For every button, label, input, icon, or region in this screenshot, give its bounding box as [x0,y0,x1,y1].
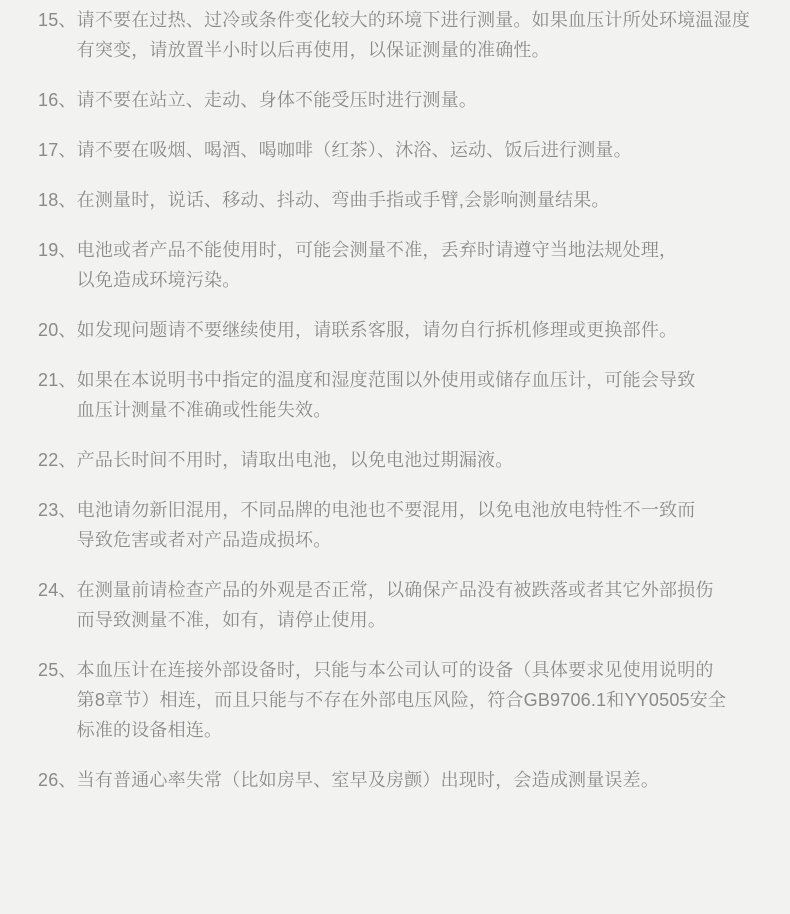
precaution-item: 16、 请不要在站立、走动、身体不能受压时进行测量。 [38,85,750,115]
precaution-item: 23、 电池请勿新旧混用，不同品牌的电池也不要混用，以免电池放电特性不一致而导致… [38,495,750,555]
text-line: 而导致测量不准，如有，请停止使用。 [77,605,750,635]
text-line: 当有普通心率失常（比如房早、室早及房颤）出现时，会造成测量误差。 [77,765,750,795]
text-line: 请不要在过热、过冷或条件变化较大的环境下进行测量。如果血压计所处环境温湿度 [77,5,750,35]
item-text: 当有普通心率失常（比如房早、室早及房颤）出现时，会造成测量误差。 [77,765,750,795]
text-line: 电池或者产品不能使用时，可能会测量不准，丢弃时请遵守当地法规处理， [77,235,750,265]
precaution-item: 20、 如发现问题请不要继续使用，请联系客服，请勿自行拆机修理或更换部件。 [38,315,750,345]
item-number: 23、 [38,495,77,525]
item-text: 电池或者产品不能使用时，可能会测量不准，丢弃时请遵守当地法规处理，以免造成环境污… [77,235,750,295]
text-line: 如发现问题请不要继续使用，请联系客服，请勿自行拆机修理或更换部件。 [77,315,750,345]
text-line: 血压计测量不准确或性能失效。 [77,395,750,425]
item-number: 18、 [38,185,77,215]
item-number: 15、 [38,5,77,35]
item-text: 在测量时，说话、移动、抖动、弯曲手指或手臂,会影响测量结果。 [77,185,750,215]
precaution-item: 19、 电池或者产品不能使用时，可能会测量不准，丢弃时请遵守当地法规处理，以免造… [38,235,750,295]
item-text: 如果在本说明书中指定的温度和湿度范围以外使用或储存血压计，可能会导致血压计测量不… [77,365,750,425]
precaution-item: 18、 在测量时，说话、移动、抖动、弯曲手指或手臂,会影响测量结果。 [38,185,750,215]
item-text: 在测量前请检查产品的外观是否正常，以确保产品没有被跌落或者其它外部损伤而导致测量… [77,575,750,635]
text-line: 标准的设备相连。 [77,715,750,745]
precaution-item: 17、 请不要在吸烟、喝酒、喝咖啡（红茶）、沐浴、运动、饭后进行测量。 [38,135,750,165]
item-number: 16、 [38,85,77,115]
item-number: 19、 [38,235,77,265]
item-number: 25、 [38,655,77,685]
item-text: 请不要在过热、过冷或条件变化较大的环境下进行测量。如果血压计所处环境温湿度有突变… [77,5,750,65]
item-text: 产品长时间不用时，请取出电池，以免电池过期漏液。 [77,445,750,475]
text-line: 电池请勿新旧混用，不同品牌的电池也不要混用，以免电池放电特性不一致而 [77,495,750,525]
item-text: 请不要在吸烟、喝酒、喝咖啡（红茶）、沐浴、运动、饭后进行测量。 [77,135,750,165]
manual-page: 15、 请不要在过热、过冷或条件变化较大的环境下进行测量。如果血压计所处环境温湿… [0,0,790,914]
text-line: 在测量时，说话、移动、抖动、弯曲手指或手臂,会影响测量结果。 [77,185,750,215]
text-line: 产品长时间不用时，请取出电池，以免电池过期漏液。 [77,445,750,475]
precaution-item: 15、 请不要在过热、过冷或条件变化较大的环境下进行测量。如果血压计所处环境温湿… [38,5,750,65]
text-line: 有突变，请放置半小时以后再使用，以保证测量的准确性。 [77,35,750,65]
item-number: 26、 [38,765,77,795]
text-line: 请不要在吸烟、喝酒、喝咖啡（红茶）、沐浴、运动、饭后进行测量。 [77,135,750,165]
item-number: 17、 [38,135,77,165]
item-number: 20、 [38,315,77,345]
item-number: 21、 [38,365,77,395]
item-text: 本血压计在连接外部设备时，只能与本公司认可的设备（具体要求见使用说明的第8章节）… [77,655,750,745]
item-number: 22、 [38,445,77,475]
text-line: 本血压计在连接外部设备时，只能与本公司认可的设备（具体要求见使用说明的 [77,655,750,685]
precaution-item: 21、 如果在本说明书中指定的温度和湿度范围以外使用或储存血压计，可能会导致血压… [38,365,750,425]
text-line: 第8章节）相连，而且只能与不存在外部电压风险，符合GB9706.1和YY0505… [77,685,750,715]
precaution-item: 22、 产品长时间不用时，请取出电池，以免电池过期漏液。 [38,445,750,475]
item-text: 如发现问题请不要继续使用，请联系客服，请勿自行拆机修理或更换部件。 [77,315,750,345]
text-line: 导致危害或者对产品造成损坏。 [77,525,750,555]
precaution-item: 26、 当有普通心率失常（比如房早、室早及房颤）出现时，会造成测量误差。 [38,765,750,795]
item-number: 24、 [38,575,77,605]
precaution-item: 25、 本血压计在连接外部设备时，只能与本公司认可的设备（具体要求见使用说明的第… [38,655,750,745]
text-line: 请不要在站立、走动、身体不能受压时进行测量。 [77,85,750,115]
item-text: 电池请勿新旧混用，不同品牌的电池也不要混用，以免电池放电特性不一致而导致危害或者… [77,495,750,555]
text-line: 如果在本说明书中指定的温度和湿度范围以外使用或储存血压计，可能会导致 [77,365,750,395]
item-text: 请不要在站立、走动、身体不能受压时进行测量。 [77,85,750,115]
text-line: 在测量前请检查产品的外观是否正常，以确保产品没有被跌落或者其它外部损伤 [77,575,750,605]
precaution-list: 15、 请不要在过热、过冷或条件变化较大的环境下进行测量。如果血压计所处环境温湿… [38,5,750,795]
text-line: 以免造成环境污染。 [77,265,750,295]
precaution-item: 24、 在测量前请检查产品的外观是否正常，以确保产品没有被跌落或者其它外部损伤而… [38,575,750,635]
